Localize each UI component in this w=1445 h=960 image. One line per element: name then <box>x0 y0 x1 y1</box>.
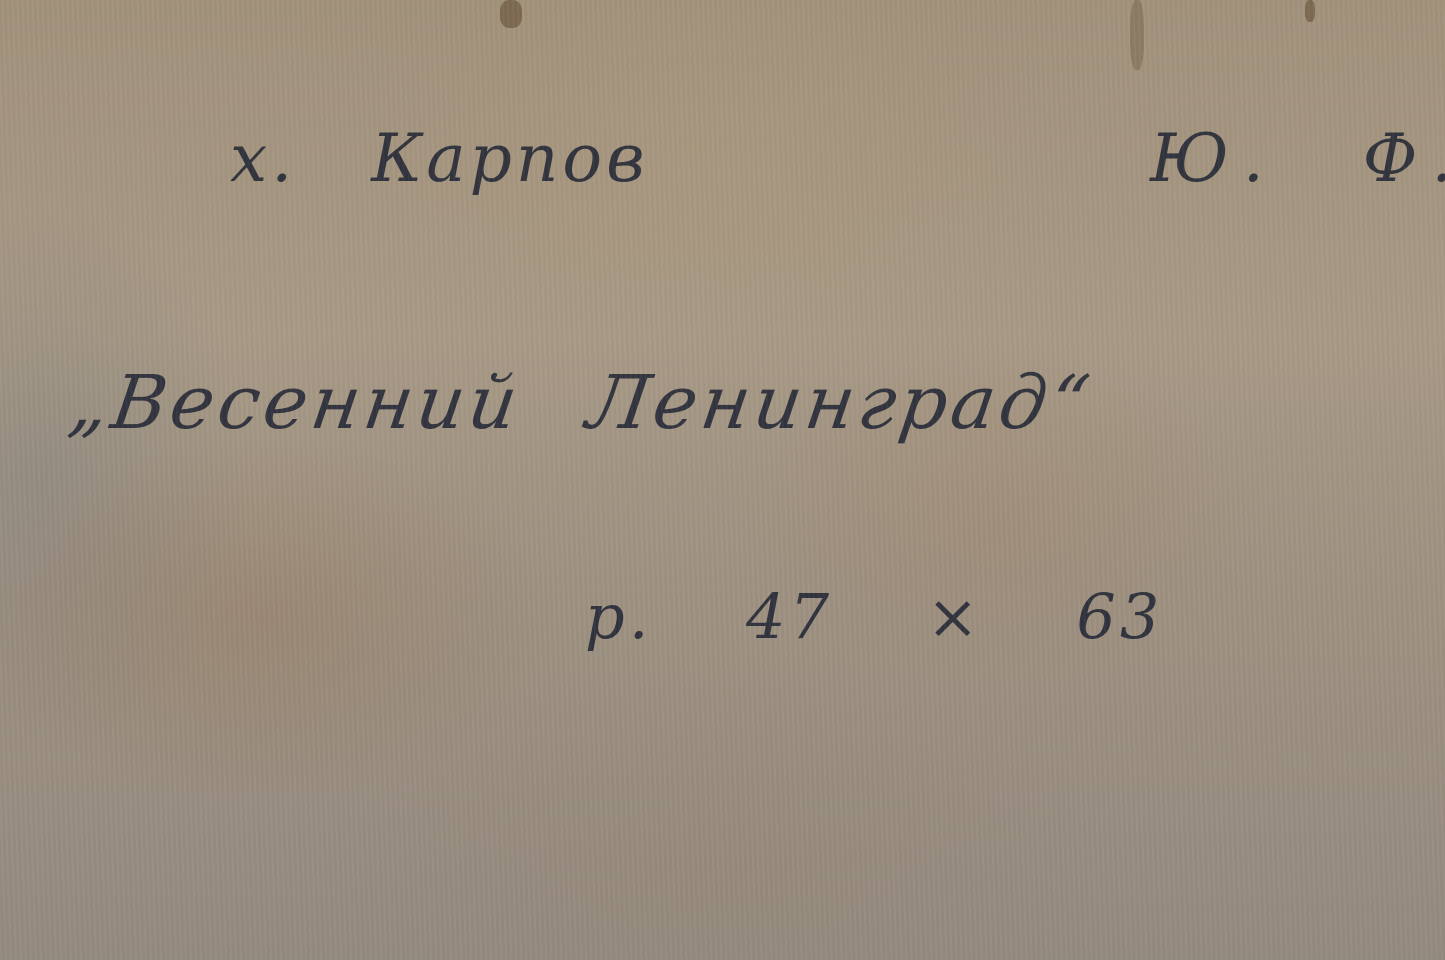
artist-surname: Карпов <box>371 120 648 197</box>
artist-initials: Ю. Ф. <box>1150 120 1445 197</box>
dimensions-line: р. 47 × 63 <box>585 580 1163 653</box>
cardboard-back: х. Карпов Ю. Ф. „Весенний Ленинград“ р. … <box>0 0 1445 960</box>
artist-prefix: х. <box>230 120 296 197</box>
stain-mark <box>500 0 522 28</box>
dimensions-label: р. <box>585 580 652 653</box>
artist-line: х. Карпов Ю. Ф. <box>230 120 649 197</box>
dimensions-value: 47 × 63 <box>746 580 1163 653</box>
stain-mark <box>1130 0 1144 70</box>
stain-mark <box>1305 0 1315 22</box>
artwork-title: „Весенний Ленинград“ <box>64 360 1098 446</box>
